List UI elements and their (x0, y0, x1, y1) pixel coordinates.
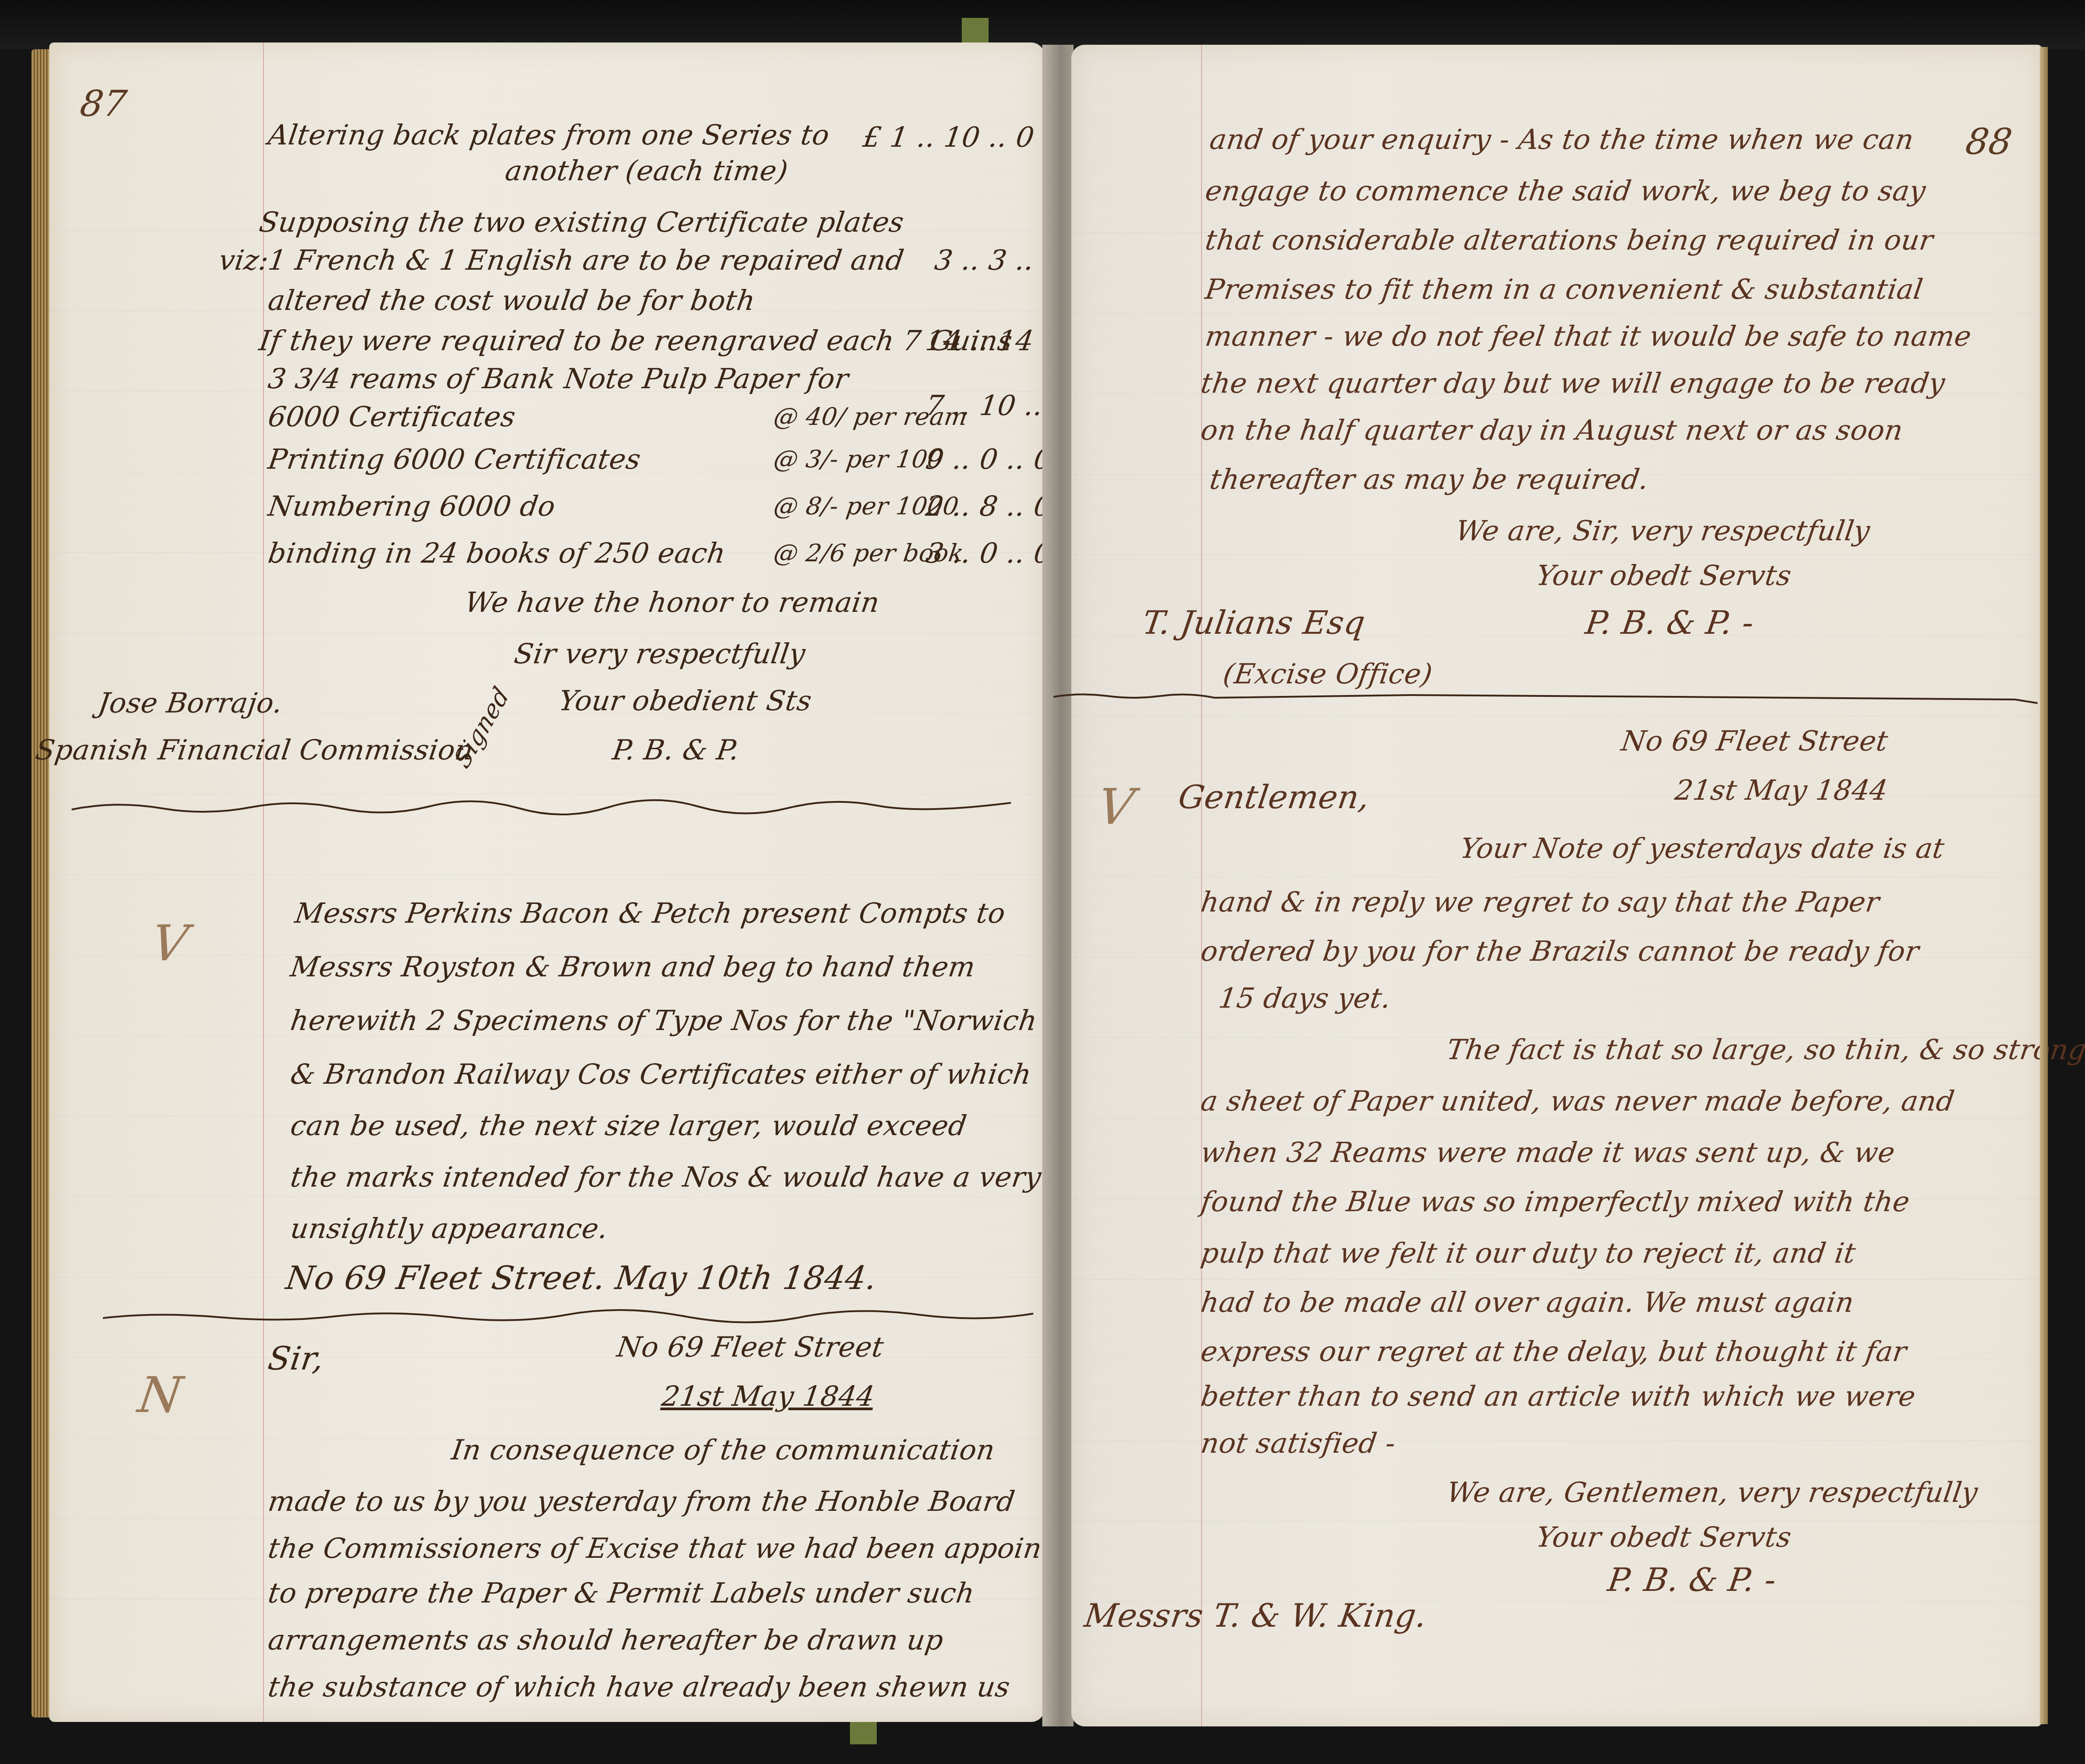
section-divider (1053, 689, 2038, 707)
viz-label: viz: (217, 244, 271, 276)
letter-line: that considerable alterations being requ… (1203, 224, 1936, 256)
memo-line: & Brandon Railway Cos Certificates eithe… (289, 1058, 1034, 1090)
estimate-line: Numbering 6000 do (266, 490, 557, 522)
page-block-edge (2040, 47, 2048, 1724)
letter-address: No 69 Fleet Street (615, 1331, 886, 1363)
addressee-title: Spanish Financial Commission (34, 734, 476, 766)
letter-line: express our regret at the delay, but tho… (1199, 1335, 1909, 1368)
estimate-amount: £ 1 .. 10 .. 0 (861, 121, 1036, 153)
addressee-office: (Excise Office) (1221, 657, 1435, 690)
salutation: Gentlemen, (1176, 778, 1372, 816)
closing-line: We are, Gentlemen, very respectfully (1445, 1476, 1980, 1509)
memo-line: the marks intended for the Nos & would h… (289, 1161, 1044, 1193)
letter-line: better than to send an article with whic… (1199, 1380, 1918, 1412)
letter-line: 15 days yet. (1217, 982, 1393, 1014)
page-number: 88 (1963, 121, 2015, 162)
closing-line: Your obedt Servts (1534, 1521, 1793, 1553)
margin-rule (263, 42, 264, 1722)
letter-line: pulp that we felt it our duty to reject … (1199, 1237, 1858, 1269)
estimate-line: Altering back plates from one Series to (266, 119, 832, 151)
signature: P. B. & P. (611, 734, 742, 766)
letter-line: The fact is that so large, so thin, & so… (1445, 1033, 2085, 1066)
signature: P. B. & P. - (1605, 1561, 1779, 1599)
letter-date: 21st May 1844 (660, 1380, 877, 1412)
letter-line: the substance of which have already been… (266, 1671, 1012, 1703)
signature: P. B. & P. - (1583, 604, 1756, 641)
estimate-line: 3 3/4 reams of Bank Note Pulp Paper for (266, 362, 851, 395)
memo-line: herewith 2 Specimens of Type Nos for the… (289, 1004, 1039, 1037)
estimate-amount: 2 .. 8 .. 0 (924, 490, 1054, 522)
letter-line: and of your enquiry - As to the time whe… (1208, 123, 1916, 156)
estimate-line: If they were required to be reengraved e… (257, 324, 1015, 357)
entry-tick: V (148, 915, 191, 972)
salutation: Sir, (266, 1340, 327, 1377)
letter-line: manner - we do not feel that it would be… (1203, 320, 1974, 352)
memo-line: unsightly appearance. (289, 1212, 610, 1245)
section-divider (103, 1308, 1033, 1326)
estimate-line: 6000 Certificates (266, 400, 518, 433)
letter-line: Your Note of yesterdays date is at (1458, 832, 1946, 865)
estimate-amount: 3 .. 0 .. 0 (924, 537, 1054, 569)
letter-line: Premises to fit them in a convenient & s… (1203, 273, 1925, 305)
letter-line: the Commissioners of Excise that we had … (266, 1532, 1090, 1565)
closing-line: We are, Sir, very respectfully (1454, 514, 1872, 547)
left-page: 87 Altering back plates from one Series … (49, 42, 1045, 1722)
letter-date: 21st May 1844 (1673, 774, 1890, 806)
letter-line: thereafter as may be required. (1208, 463, 1651, 496)
letter-line: engage to commence the said work, we beg… (1203, 174, 1928, 207)
letter-line: on the half quarter day in August next o… (1199, 414, 1905, 446)
estimate-amount: 9 .. 0 .. 0 (924, 443, 1054, 475)
addressee-name: T. Julians Esq (1140, 604, 1367, 641)
closing-line: Your obedient Sts (557, 684, 814, 717)
entry-tick: V (1094, 778, 1138, 835)
entry-tick: N (135, 1366, 186, 1424)
estimate-line: Printing 6000 Certificates (266, 443, 643, 475)
book-spine-gutter (1042, 45, 1074, 1726)
letter-line: ordered by you for the Brazils cannot be… (1199, 935, 1921, 967)
letter-line: a sheet of Paper united, was never made … (1199, 1085, 1957, 1117)
estimate-line: another (each time) (503, 154, 790, 187)
closing-line: We have the honor to remain (463, 586, 882, 619)
page-number: 87 (77, 83, 129, 124)
memo-line: Messrs Royston & Brown and beg to hand t… (289, 950, 977, 983)
margin-rule (1201, 45, 1202, 1726)
estimate-line: Supposing the two existing Certificate p… (257, 206, 906, 238)
addressee-name: Jose Borrajo. (96, 687, 285, 719)
memo-address-date: No 69 Fleet Street. May 10th 1844. (284, 1259, 879, 1297)
memo-line: can be used, the next size larger, would… (289, 1109, 969, 1142)
addressee-name: Messrs T. & W. King. (1082, 1597, 1429, 1634)
book-cover-cloth (0, 0, 2085, 49)
estimate-line: altered the cost would be for both (266, 284, 757, 317)
letter-line: In consequence of the communication (450, 1433, 997, 1466)
section-divider (72, 798, 1011, 816)
closing-line: Your obedt Servts (1534, 559, 1793, 592)
estimate-rate: @ 3/- per 100 (772, 445, 945, 473)
letter-line: the next quarter day but we will engage … (1199, 367, 1947, 399)
estimate-line: 1 French & 1 English are to be repaired … (266, 244, 906, 276)
closing-line: Sir very respectfully (512, 637, 807, 670)
right-page: 88 and of your enquiry - As to the time … (1071, 45, 2042, 1726)
letter-line: when 32 Reams were made it was sent up, … (1199, 1136, 1897, 1169)
letter-line: made to us by you yesterday from the Hon… (266, 1485, 1017, 1518)
estimate-line: binding in 24 books of 250 each (266, 537, 728, 569)
letter-line: found the Blue was so imperfectly mixed … (1199, 1185, 1912, 1218)
letter-line: hand & in reply we regret to say that th… (1199, 886, 1881, 918)
letter-line: to prepare the Paper & Permit Labels und… (266, 1577, 977, 1609)
letter-address: No 69 Fleet Street (1619, 725, 1890, 757)
letter-line: had to be made all over again. We must a… (1199, 1286, 1856, 1319)
letter-line: not satisfied - (1199, 1427, 1398, 1459)
memo-line: Messrs Perkins Bacon & Petch present Com… (293, 897, 1007, 929)
letter-line: arrangements as should hereafter be draw… (266, 1624, 946, 1656)
